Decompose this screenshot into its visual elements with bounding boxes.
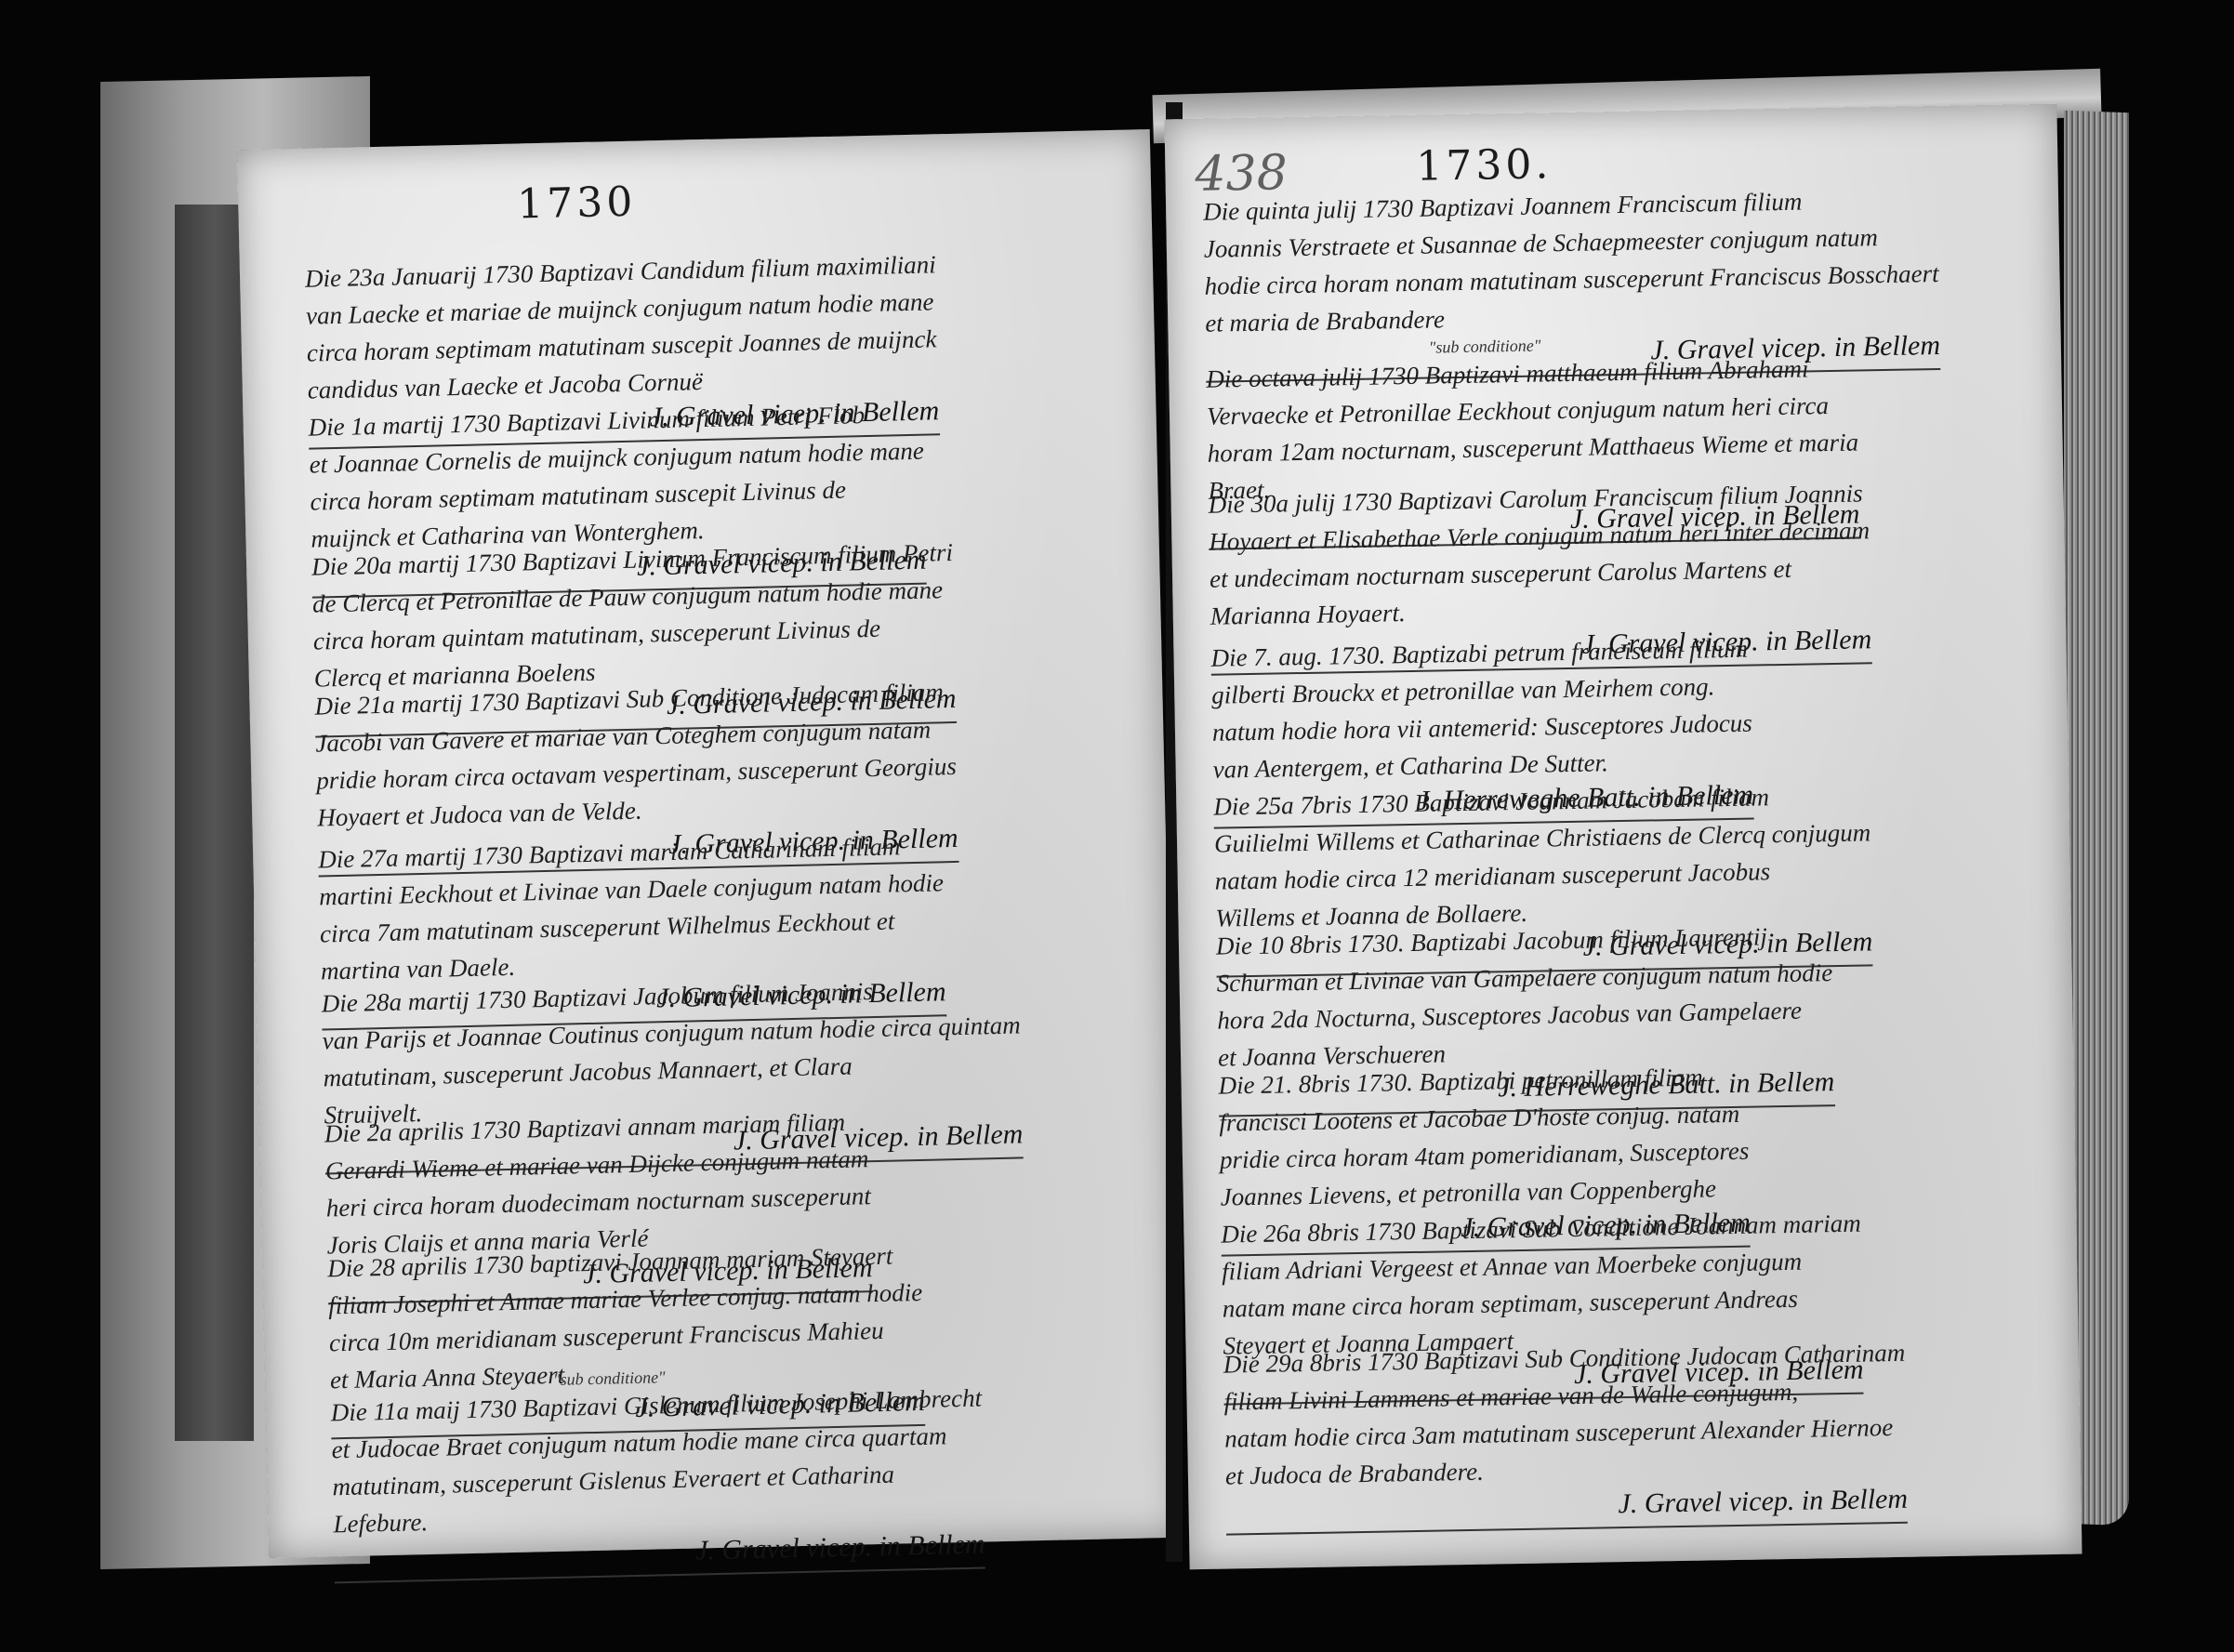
- left-page: 1730 Die 23a Januarij 1730 Baptizavi Can…: [237, 129, 1182, 1558]
- year-heading: 1730.: [1416, 140, 1553, 191]
- register-entry: "sub conditione"Die 11a maij 1730 Baptiz…: [330, 1361, 985, 1584]
- right-page: 438 1730. Die quinta julij 1730 Baptizav…: [1164, 104, 2082, 1570]
- year-heading: 1730: [517, 178, 637, 229]
- register-entry: Die 29a 8bris 1730 Baptizavi Sub Conditi…: [1223, 1334, 1908, 1536]
